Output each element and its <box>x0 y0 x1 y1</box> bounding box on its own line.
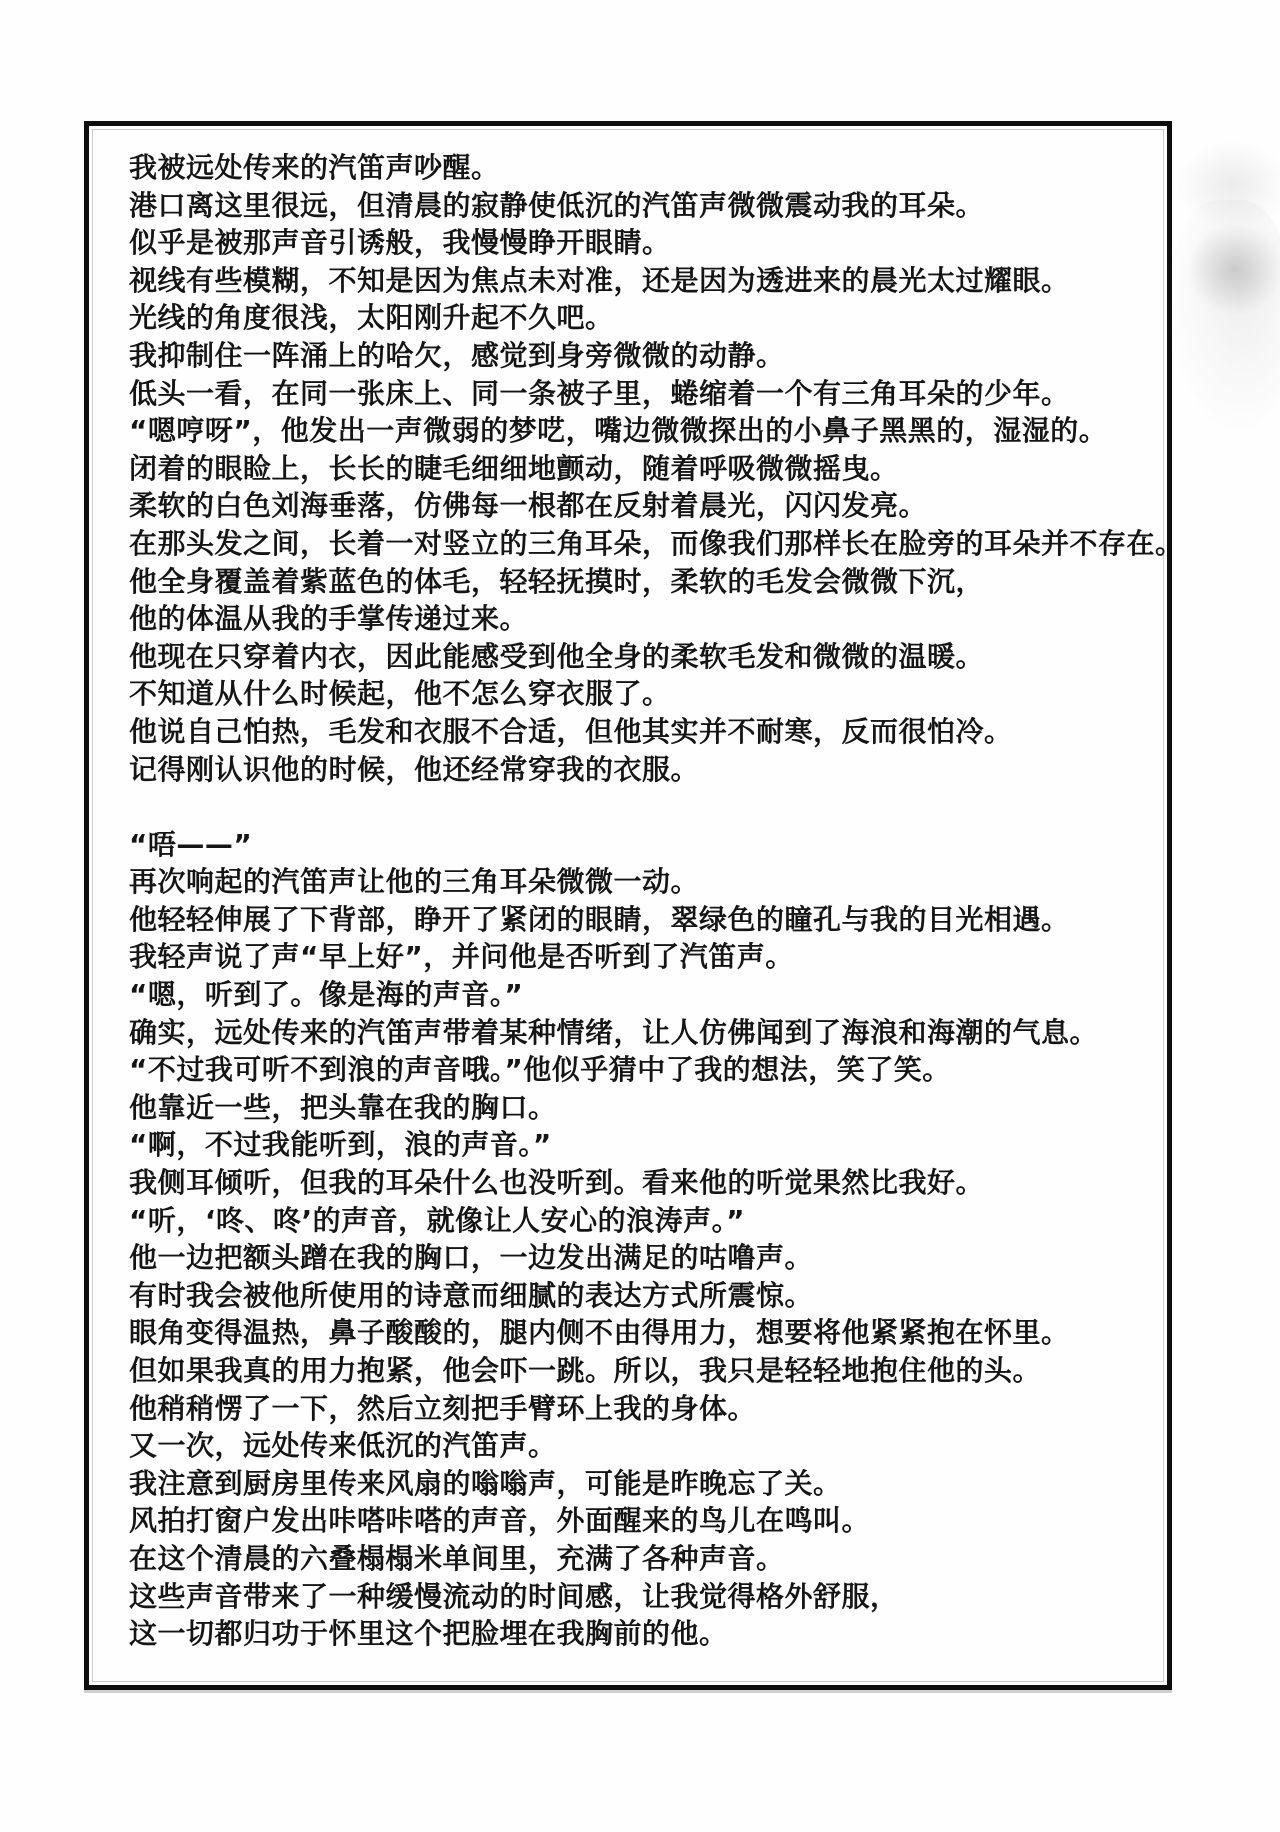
story-line: 柔软的白色刘海垂落，仿佛每一根都在反射着晨光，闪闪发亮。 <box>129 487 1149 525</box>
story-line: 在这个清晨的六叠榻榻米单间里，充满了各种声音。 <box>129 1540 1149 1578</box>
story-line: “听，‘咚、咚’的声音，就像让人安心的浪涛声。” <box>129 1202 1149 1240</box>
story-line: 他现在只穿着内衣，因此能感受到他全身的柔软毛发和微微的温暖。 <box>129 638 1149 676</box>
story-line: 我抑制住一阵涌上的哈欠，感觉到身旁微微的动静。 <box>129 337 1149 375</box>
story-line: 他全身覆盖着紫蓝色的体毛，轻轻抚摸时，柔软的毛发会微微下沉， <box>129 563 1149 601</box>
story-line: 记得刚认识他的时候，他还经常穿我的衣服。 <box>129 751 1149 789</box>
story-line: 闭着的眼睑上，长长的睫毛细细地颤动，随着呼吸微微摇曳。 <box>129 450 1149 488</box>
scan-smudge <box>1175 140 1280 230</box>
story-line: 我轻声说了声“早上好”，并问他是否听到了汽笛声。 <box>129 938 1149 976</box>
story-line: 他的体温从我的手掌传递过来。 <box>129 600 1149 638</box>
story-line: 再次响起的汽笛声让他的三角耳朵微微一动。 <box>129 863 1149 901</box>
story-line: 不知道从什么时候起，他不怎么穿衣服了。 <box>129 675 1149 713</box>
story-line: 我侧耳倾听，但我的耳朵什么也没听到。看来他的听觉果然比我好。 <box>129 1164 1149 1202</box>
story-line: 但如果我真的用力抱紧，他会吓一跳。所以，我只是轻轻地抱住他的头。 <box>129 1352 1149 1390</box>
story-line: 他一边把额头蹭在我的胸口，一边发出满足的咕噜声。 <box>129 1239 1149 1277</box>
story-line: 港口离这里很远，但清晨的寂静使低沉的汽笛声微微震动我的耳朵。 <box>129 187 1149 225</box>
story-line: 光线的角度很浅，太阳刚升起不久吧。 <box>129 299 1149 337</box>
story-line: 眼角变得温热，鼻子酸酸的，腿内侧不由得用力，想要将他紧紧抱在怀里。 <box>129 1314 1149 1352</box>
story-line: “唔——” <box>129 826 1149 864</box>
story-line: 他轻轻伸展了下背部，睁开了紧闭的眼睛，翠绿色的瞳孔与我的目光相遇。 <box>129 901 1149 939</box>
scan-smudge <box>1185 222 1280 317</box>
story-line: 这一切都归功于怀里这个把脸埋在我胸前的他。 <box>129 1615 1149 1653</box>
story-line: 确实，远处传来的汽笛声带着某种情绪，让人仿佛闻到了海浪和海潮的气息。 <box>129 1014 1149 1052</box>
story-line: “嗯，听到了。像是海的声音。” <box>129 976 1149 1014</box>
story-line: “不过我可听不到浪的声音哦。”他似乎猜中了我的想法，笑了笑。 <box>129 1051 1149 1089</box>
story-line: 我注意到厨房里传来风扇的嗡嗡声，可能是昨晚忘了关。 <box>129 1465 1149 1503</box>
scan-smudge <box>1170 200 1280 430</box>
page-frame: 我被远处传来的汽笛声吵醒。港口离这里很远，但清晨的寂静使低沉的汽笛声微微震动我的… <box>84 121 1172 1690</box>
story-line: “嗯哼呀”，他发出一声微弱的梦呓，嘴边微微探出的小鼻子黑黑的，湿湿的。 <box>129 412 1149 450</box>
story-line: 低头一看，在同一张床上、同一条被子里，蜷缩着一个有三角耳朵的少年。 <box>129 375 1149 413</box>
story-line: 风拍打窗户发出咔嗒咔嗒的声音，外面醒来的鸟儿在鸣叫。 <box>129 1502 1149 1540</box>
story-text: 我被远处传来的汽笛声吵醒。港口离这里很远，但清晨的寂静使低沉的汽笛声微微震动我的… <box>89 126 1167 1685</box>
story-line: “啊，不过我能听到，浪的声音。” <box>129 1126 1149 1164</box>
story-line: 视线有些模糊，不知是因为焦点未对准，还是因为透进来的晨光太过耀眼。 <box>129 262 1149 300</box>
story-line <box>129 788 1149 826</box>
story-line: 似乎是被那声音引诱般，我慢慢睁开眼睛。 <box>129 224 1149 262</box>
story-line: 这些声音带来了一种缓慢流动的时间感，让我觉得格外舒服， <box>129 1578 1149 1616</box>
story-line: 他说自己怕热，毛发和衣服不合适，但他其实并不耐寒，反而很怕冷。 <box>129 713 1149 751</box>
story-line: 我被远处传来的汽笛声吵醒。 <box>129 149 1149 187</box>
story-line: 在那头发之间，长着一对竖立的三角耳朵，而像我们那样长在脸旁的耳朵并不存在。 <box>129 525 1149 563</box>
story-line: 他靠近一些，把头靠在我的胸口。 <box>129 1089 1149 1127</box>
story-line: 他稍稍愣了一下，然后立刻把手臂环上我的身体。 <box>129 1390 1149 1428</box>
story-line: 有时我会被他所使用的诗意而细腻的表达方式所震惊。 <box>129 1277 1149 1315</box>
scanned-page: 我被远处传来的汽笛声吵醒。港口离这里很远，但清晨的寂静使低沉的汽笛声微微震动我的… <box>0 0 1280 1832</box>
story-line: 又一次，远处传来低沉的汽笛声。 <box>129 1427 1149 1465</box>
